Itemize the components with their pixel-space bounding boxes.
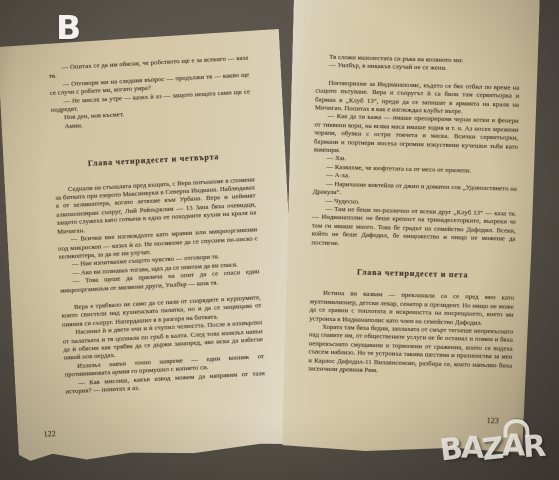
page-number-right: 123	[487, 416, 499, 425]
bazar-watermark-logo: BAZAR	[439, 430, 544, 468]
chapter-heading-44: Глава четиридесет и четвърта	[53, 152, 253, 171]
body-paragraph: — Как да ти кажа — имаше препарирани чер…	[314, 113, 519, 160]
chapter-heading-45: Глава четиридесет и пета	[311, 267, 515, 281]
logo-letter: Z	[480, 432, 503, 468]
logo-letter: B	[438, 432, 463, 468]
body-paragraph: — Там не беше по-различно от всеки друг …	[311, 205, 516, 252]
body-paragraph: Истина ви казвам — прекланяли са се пред…	[309, 290, 514, 329]
book-page-right: Тя сложи мазолестата си ръка на коляното…	[282, 0, 540, 457]
left-page-text-block: — Опитах се да им обясня, че робството щ…	[48, 55, 265, 397]
page-number-left: 122	[43, 429, 55, 439]
shopping-bag-handle-icon	[503, 419, 530, 438]
logo-letter: A	[461, 432, 483, 466]
body-paragraph: Хората там бяха бедни, заплахата от смър…	[308, 323, 513, 379]
watermark-letter-b: B	[56, 8, 81, 47]
book-photo-background: — Опитах се да им обясня, че робството щ…	[0, 0, 559, 480]
right-page-text-block: Тя сложи мазолестата си ръка на коляното…	[308, 53, 520, 379]
book-page-left: — Опитах се да им обясня, че робството щ…	[0, 29, 301, 463]
